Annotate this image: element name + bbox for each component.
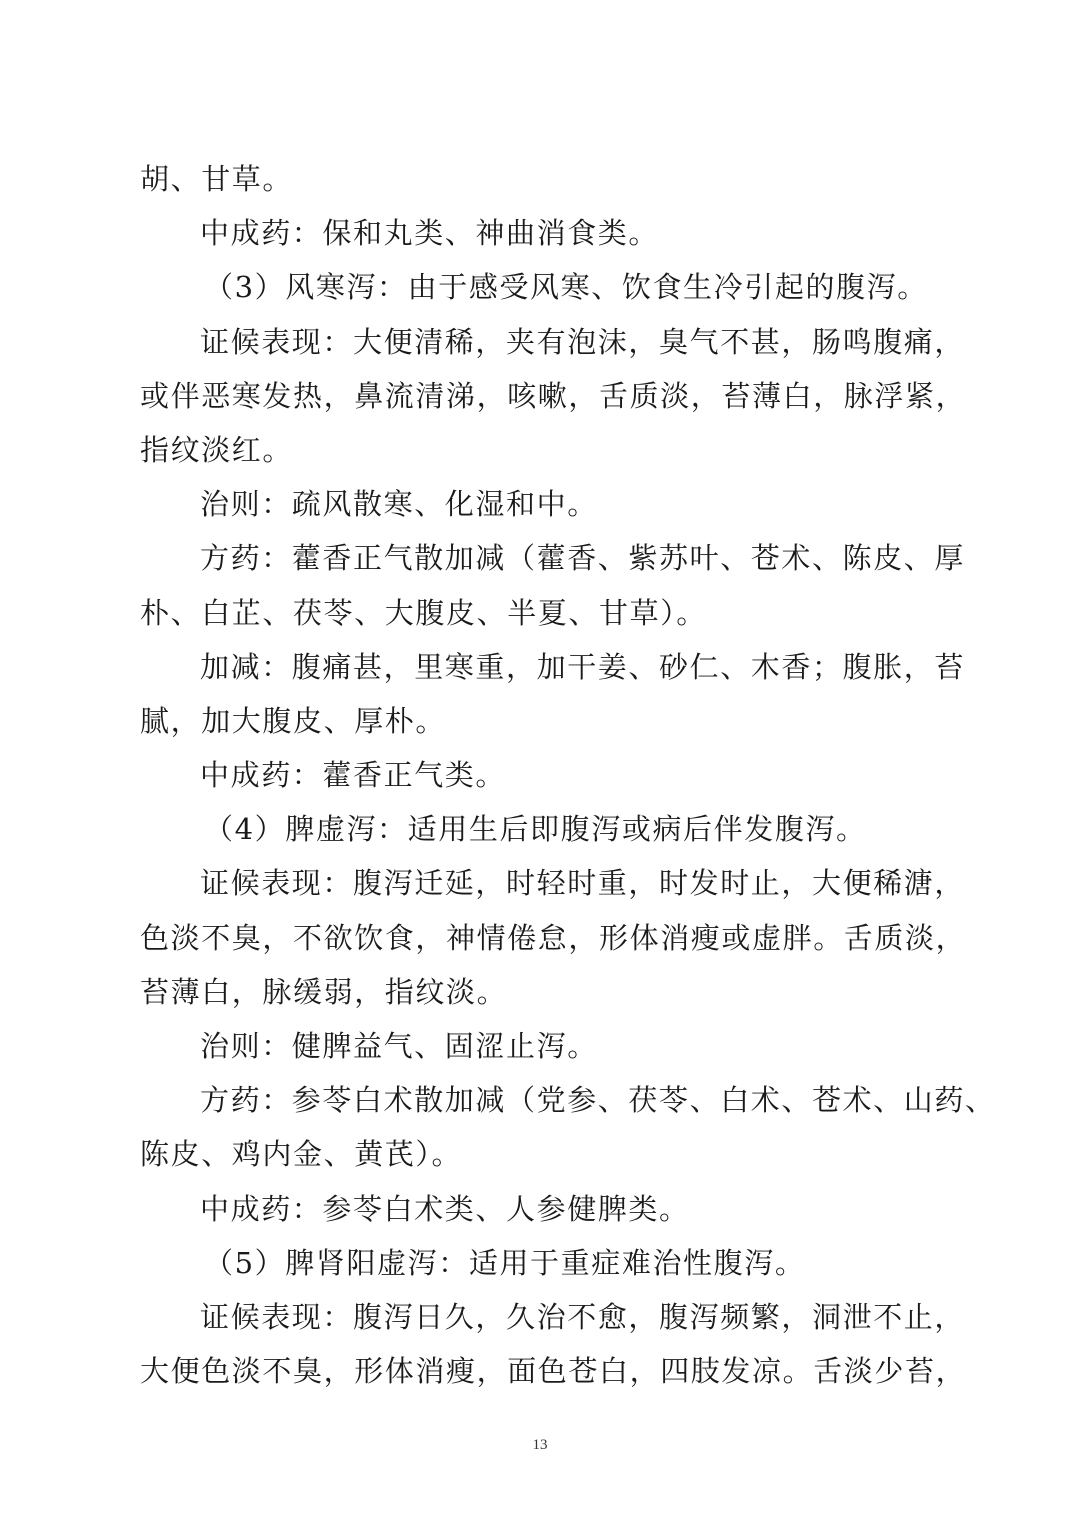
text-line-modification-cont: 腻，加大腹皮、厚朴。	[140, 694, 952, 748]
text-line-symptoms-cont: 指纹淡红。	[140, 423, 952, 477]
text-line-symptoms-cont: 苔薄白，脉缓弱，指纹淡。	[140, 965, 952, 1019]
document-page: 胡、甘草。 中成药：保和丸类、神曲消食类。 （3）风寒泻：由于感受风寒、饮食生冷…	[0, 0, 1080, 1527]
text-line-symptoms-cont: 或伴恶寒发热，鼻流清涕，咳嗽，舌质淡，苔薄白，脉浮紧，	[140, 369, 952, 423]
text-line-patent-medicine: 中成药：藿香正气类。	[140, 748, 952, 802]
text-line-symptoms: 证候表现：腹泻迁延，时轻时重，时发时止，大便稀溏，	[140, 856, 952, 910]
text-line-modification: 加减：腹痛甚，里寒重，加干姜、砂仁、木香；腹胀，苔	[140, 640, 952, 694]
text-line-treatment-principle: 治则：疏风散寒、化湿和中。	[140, 477, 952, 531]
text-line-symptoms-cont: 大便色淡不臭，形体消瘦，面色苍白，四肢发凉。舌淡少苔，	[140, 1344, 952, 1398]
text-line-continuation: 胡、甘草。	[140, 152, 952, 206]
text-line-prescription: 方药：藿香正气散加减（藿香、紫苏叶、苍术、陈皮、厚	[140, 531, 952, 585]
text-line-treatment-principle: 治则：健脾益气、固涩止泻。	[140, 1019, 952, 1073]
section-heading-spleen-deficiency-diarrhea: （4）脾虚泻：适用生后即腹泻或病后伴发腹泻。	[140, 802, 952, 856]
section-heading-wind-cold-diarrhea: （3）风寒泻：由于感受风寒、饮食生冷引起的腹泻。	[140, 260, 952, 314]
text-line-symptoms: 证候表现：腹泻日久，久治不愈，腹泻频繁，洞泄不止，	[140, 1290, 952, 1344]
text-line-patent-medicine: 中成药：保和丸类、神曲消食类。	[140, 206, 952, 260]
text-line-patent-medicine: 中成药：参苓白术类、人参健脾类。	[140, 1182, 952, 1236]
text-line-prescription-cont: 朴、白芷、茯苓、大腹皮、半夏、甘草）。	[140, 586, 952, 640]
text-line-prescription: 方药：参苓白术散加减（党参、茯苓、白术、苍术、山药、	[140, 1073, 952, 1127]
text-line-prescription-cont: 陈皮、鸡内金、黄芪）。	[140, 1127, 952, 1181]
section-heading-spleen-kidney-yang-deficiency-diarrhea: （5）脾肾阳虚泻：适用于重症难治性腹泻。	[140, 1236, 952, 1290]
page-number: 13	[0, 1437, 1080, 1454]
text-line-symptoms-cont: 色淡不臭，不欲饮食，神情倦怠，形体消瘦或虚胖。舌质淡，	[140, 911, 952, 965]
body-text: 胡、甘草。 中成药：保和丸类、神曲消食类。 （3）风寒泻：由于感受风寒、饮食生冷…	[140, 152, 952, 1398]
text-line-symptoms: 证候表现：大便清稀，夹有泡沫，臭气不甚，肠鸣腹痛，	[140, 315, 952, 369]
